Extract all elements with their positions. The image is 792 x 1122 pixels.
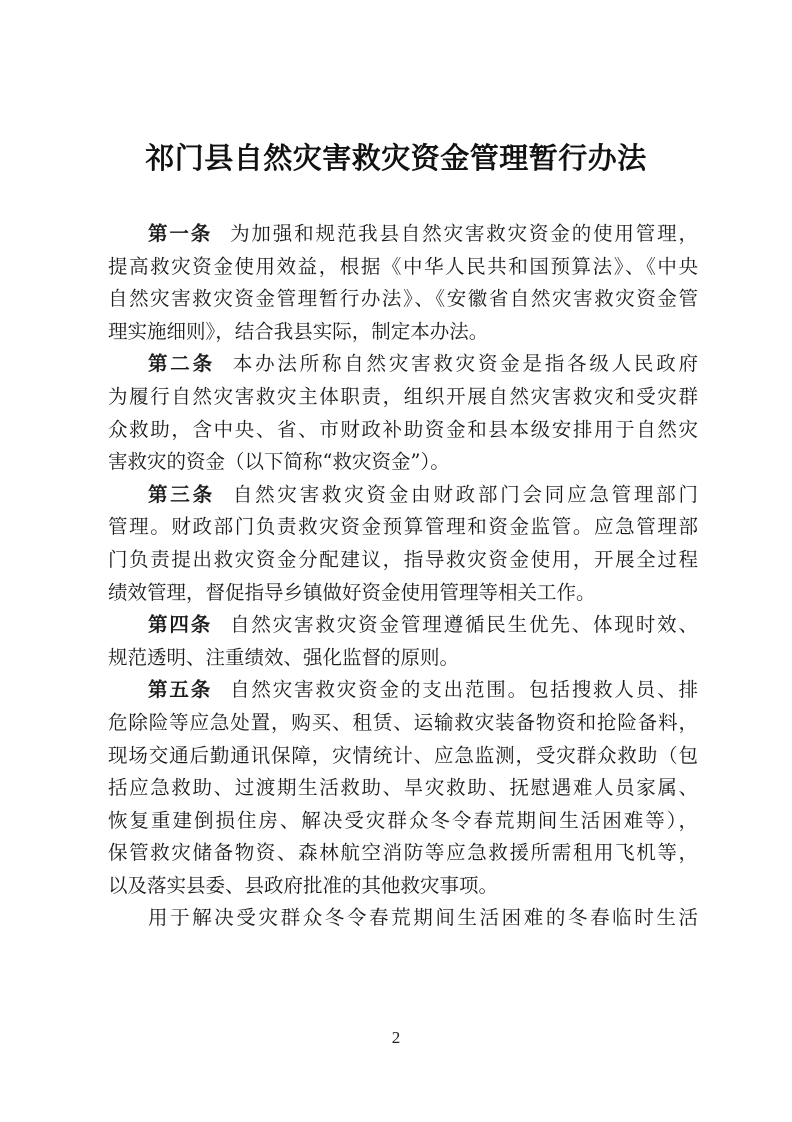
article-line: 恢复重建倒损住房、解决受灾群众冬令春荒期间生活困难等），	[108, 805, 698, 838]
article-line: 管理。财政部门负责救灾资金预算管理和资金监管。应急管理部	[108, 511, 698, 544]
article-line: 现场交通后勤通讯保障，灾情统计、应急监测，受灾群众救助（包	[108, 740, 698, 773]
article-line: 第五条自然灾害救灾资金的支出范围。包括搜救人员、排	[108, 674, 698, 707]
article-3: 第三条自然灾害救灾资金由财政部门会同应急管理部门 管理。财政部门负责救灾资金预算…	[108, 479, 698, 609]
article-label: 第一条	[148, 222, 212, 245]
article-text: 自然灾害救灾资金管理遵循民生优先、体现时效、	[230, 613, 698, 636]
article-line: 以及落实县委、县政府批准的其他救灾事项。	[108, 870, 698, 903]
article-2: 第二条本办法所称自然灾害救灾资金是指各级人民政府 为履行自然灾害救灾主体职责，组…	[108, 348, 698, 478]
article-line: 第四条自然灾害救灾资金管理遵循民生优先、体现时效、	[108, 609, 698, 642]
article-text: 自然灾害救灾资金的支出范围。包括搜救人员、排	[230, 678, 698, 701]
article-4: 第四条自然灾害救灾资金管理遵循民生优先、体现时效、 规范透明、注重绩效、强化监督…	[108, 609, 698, 674]
document-page: 祁门县自然灾害救灾资金管理暂行办法 第一条为加强和规范我县自然灾害救灾资金的使用…	[0, 0, 792, 1122]
article-line: 害救灾的资金（以下简称“救灾资金”）。	[108, 446, 698, 479]
article-label: 第三条	[148, 483, 215, 506]
article-line: 绩效管理，督促指导乡镇做好资金使用管理等相关工作。	[108, 577, 698, 610]
article-line: 众救助，含中央、省、市财政补助资金和县本级安排用于自然灾	[108, 414, 698, 447]
article-line: 提高救灾资金使用效益，根据《中华人民共和国预算法》、《中央	[108, 251, 698, 284]
article-line: 自然灾害救灾资金管理暂行办法》、《安徽省自然灾害救灾资金管	[108, 283, 698, 316]
page-number: 2	[0, 1028, 792, 1048]
article-5: 第五条自然灾害救灾资金的支出范围。包括搜救人员、排 危除险等应急处置，购买、租赁…	[108, 674, 698, 902]
article-line: 规范透明、注重绩效、强化监督的原则。	[108, 642, 698, 675]
article-1: 第一条为加强和规范我县自然灾害救灾资金的使用管理， 提高救灾资金使用效益，根据《…	[108, 218, 698, 348]
document-body: 第一条为加强和规范我县自然灾害救灾资金的使用管理， 提高救灾资金使用效益，根据《…	[108, 218, 698, 935]
document-title: 祁门县自然灾害救灾资金管理暂行办法	[0, 138, 792, 178]
article-label: 第四条	[148, 613, 212, 636]
article-text: 本办法所称自然灾害救灾资金是指各级人民政府	[233, 352, 698, 375]
article-line: 保管救灾储备物资、森林航空消防等应急救援所需租用飞机等，	[108, 837, 698, 870]
article-label: 第五条	[148, 678, 212, 701]
article-line: 理实施细则》，结合我县实际，制定本办法。	[108, 316, 698, 349]
article-text: 自然灾害救灾资金由财政部门会同应急管理部门	[233, 483, 698, 506]
paragraph-line: 用于解决受灾群众冬令春荒期间生活困难的冬春临时生活	[108, 902, 698, 935]
paragraph-continued: 用于解决受灾群众冬令春荒期间生活困难的冬春临时生活	[108, 902, 698, 935]
article-line: 第一条为加强和规范我县自然灾害救灾资金的使用管理，	[108, 218, 698, 251]
article-line: 括应急救助、过渡期生活救助、旱灾救助、抚慰遇难人员家属、	[108, 772, 698, 805]
article-line: 第二条本办法所称自然灾害救灾资金是指各级人民政府	[108, 348, 698, 381]
article-line: 危除险等应急处置，购买、租赁、运输救灾装备物资和抢险备料，	[108, 707, 698, 740]
article-line: 门负责提出救灾资金分配建议，指导救灾资金使用，开展全过程	[108, 544, 698, 577]
article-line: 第三条自然灾害救灾资金由财政部门会同应急管理部门	[108, 479, 698, 512]
article-line: 为履行自然灾害救灾主体职责，组织开展自然灾害救灾和受灾群	[108, 381, 698, 414]
article-text: 为加强和规范我县自然灾害救灾资金的使用管理，	[230, 222, 698, 245]
article-label: 第二条	[148, 352, 215, 375]
